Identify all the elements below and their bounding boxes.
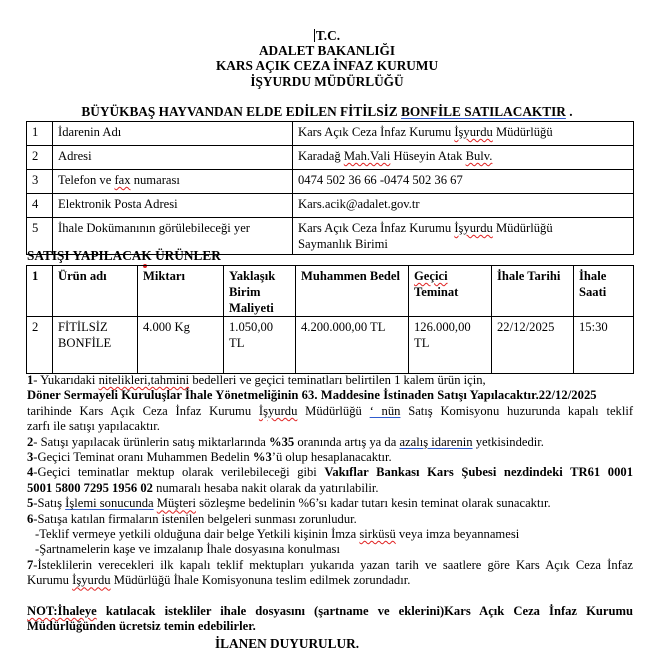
title-prefix: BÜYÜKBAŞ HAYVANDAN ELDE EDİLEN FİTİLSİZ	[81, 104, 401, 119]
text-cursor	[314, 29, 315, 42]
cell-quantity: 4.000 Kg	[138, 317, 224, 374]
title-underlined: BONFİLE SATILACAKTIR	[401, 104, 566, 119]
cell-tender-time: 15:30	[574, 317, 634, 374]
row-number: 3	[27, 170, 53, 194]
term-4: 4-Geçici teminatlar mektup olarak verile…	[27, 465, 633, 480]
term-1-bold: Döner Sermayeli Kuruluşlar İhale Yönetme…	[27, 388, 633, 403]
table-row: 3 Telefon ve fax numarası 0474 502 36 66…	[27, 170, 634, 194]
cell-unit-cost: 1.050,00 TL	[224, 317, 296, 374]
row-label: Adresi	[53, 146, 293, 170]
term-1: 1- Yukarıdaki nitelikleri,tahmini bedell…	[27, 373, 633, 388]
cell-product-name: FİTİLSİZ BONFİLE	[53, 317, 138, 374]
header-unit-cost: Yaklaşık Birim Maliyeti	[224, 266, 296, 317]
closing-announcement: İLANEN DUYURULUR.	[215, 636, 359, 652]
products-section-title: SATIŞI YAPILACAK ÜRÜNLER	[27, 248, 221, 264]
header-quantity: Miktarı	[138, 266, 224, 317]
row-value: 0474 502 36 66 -0474 502 36 67	[293, 170, 634, 194]
row-label: Telefon ve fax numarası	[53, 170, 293, 194]
term-2: 2- Satışı yapılacak ürünlerin satış mikt…	[27, 435, 633, 450]
header-directorate: İŞYURDU MÜDÜRLÜĞÜ	[0, 74, 654, 89]
header-no: 1	[27, 266, 53, 317]
cell-tender-date: 22/12/2025	[492, 317, 574, 374]
header-tender-date: İhale Tarihi	[492, 266, 574, 317]
note-label: NOT:İhaleye	[27, 604, 97, 618]
table-row: 1 İdarenin Adı Kars Açık Ceza İnfaz Kuru…	[27, 122, 634, 146]
row-number: 2	[27, 146, 53, 170]
row-number: 1	[27, 122, 53, 146]
term-7-cont: Kurumu İşyurdu Müdürlüğü İhale Komisyonu…	[27, 573, 633, 588]
document-title: BÜYÜKBAŞ HAYVANDAN ELDE EDİLEN FİTİLSİZ …	[0, 104, 654, 119]
title-suffix: .	[566, 104, 573, 119]
header-deposit: Geçici Teminat	[409, 266, 492, 317]
header-tc: T.C.	[0, 28, 654, 43]
row-number: 4	[27, 194, 53, 218]
row-label: Elektronik Posta Adresi	[53, 194, 293, 218]
row-value: Karadağ Mah.Vali Hüseyin Atak Bulv.	[293, 146, 634, 170]
term-7: 7-İsteklilerin verecekleri ilk kapalı te…	[27, 558, 633, 573]
institution-info-table: 1 İdarenin Adı Kars Açık Ceza İnfaz Kuru…	[26, 121, 634, 255]
term-5: 5-Satış İşlemi sonucunda Müşteri sözleşm…	[27, 496, 633, 511]
header-estimated-price: Muhammen Bedel	[296, 266, 409, 317]
header-institution: KARS AÇIK CEZA İNFAZ KURUMU	[0, 58, 654, 73]
term-1-end: zarfı ile satışı yapılacaktır.	[27, 419, 633, 434]
row-label: İdarenin Adı	[53, 122, 293, 146]
term-4-cont: 5001 5800 7295 1956 02 numaralı hesaba n…	[27, 481, 633, 496]
table-row: 2 FİTİLSİZ BONFİLE 4.000 Kg 1.050,00 TL …	[27, 317, 634, 374]
row-value: Kars Açık Ceza İnfaz Kurumu İşyurdu Müdü…	[293, 122, 634, 146]
term-6-item-1: -Teklif vermeye yetkili olduğuna dair be…	[27, 527, 633, 542]
products-table: 1 Ürün adı Miktarı Yaklaşık Birim Maliye…	[26, 265, 634, 374]
term-1-cont: tarihinde Kars Açık Ceza İnfaz Kurumu İş…	[27, 404, 633, 419]
table-header-row: 1 Ürün adı Miktarı Yaklaşık Birim Maliye…	[27, 266, 634, 317]
cell-estimated-price: 4.200.000,00 TL	[296, 317, 409, 374]
cell-no: 2	[27, 317, 53, 374]
row-value: Kars Açık Ceza İnfaz Kurumu İşyurdu Müdü…	[293, 218, 634, 255]
terms-section: 1- Yukarıdaki nitelikleri,tahmini bedell…	[27, 373, 633, 589]
note-paragraph: NOT:İhaleye katılacak istekliler ihale d…	[27, 604, 633, 635]
term-6-item-2: -Şartnamelerin kaşe ve imzalanıp İhale d…	[27, 542, 633, 557]
row-value-email: Kars.acik@adalet.gov.tr	[293, 194, 634, 218]
term-3: 3-Geçici Teminat oranı Muhammen Bedelin …	[27, 450, 633, 465]
cell-deposit: 126.000,00 TL	[409, 317, 492, 374]
header-tender-time: İhale Saati	[574, 266, 634, 317]
header-line1: T.C.	[316, 28, 340, 43]
table-row: 4 Elektronik Posta Adresi Kars.acik@adal…	[27, 194, 634, 218]
header-product-name: Ürün adı	[53, 266, 138, 317]
header-ministry: ADALET BAKANLIĞI	[0, 43, 654, 58]
table-row: 2 Adresi Karadağ Mah.Vali Hüseyin Atak B…	[27, 146, 634, 170]
term-6: 6-Satışa katılan firmaların istenilen be…	[27, 512, 633, 527]
